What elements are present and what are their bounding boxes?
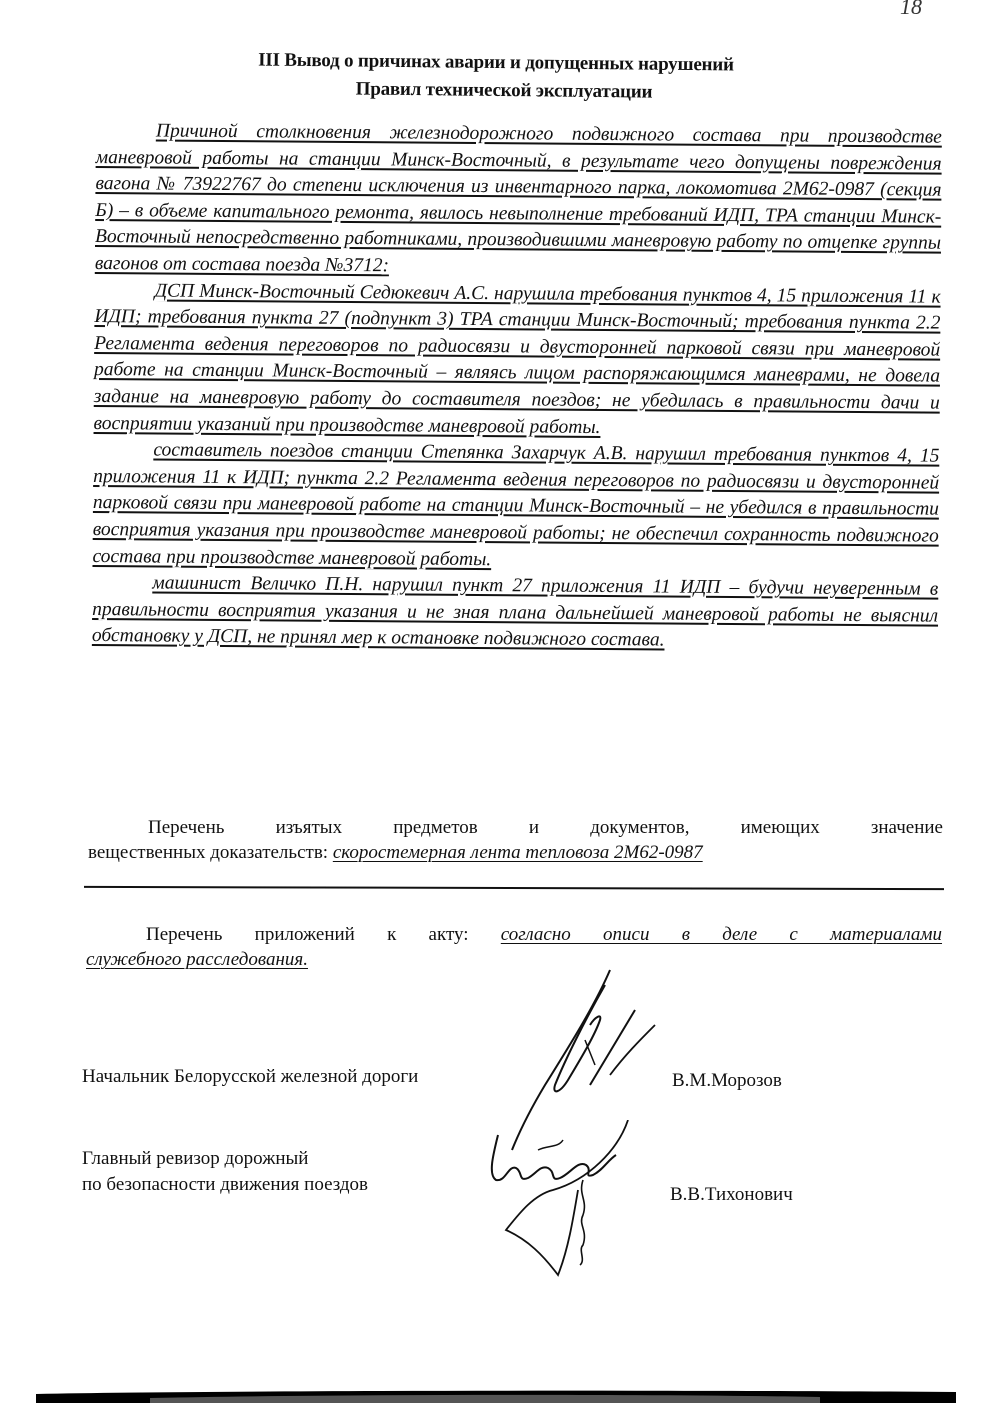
signatory-name: В.М.Морозов: [672, 1070, 782, 1092]
appendix-value-line1: согласно описи в деле с материалами: [501, 924, 942, 945]
evidence-label-line2: вещественных доказательств:: [88, 842, 328, 863]
section-title: III Вывод о причинах аварии и допущенных…: [0, 47, 992, 79]
signatory-role: Главный ревизор дорожный по безопасности…: [82, 1146, 368, 1198]
conclusion-paragraph-train-composer: составитель поездов станции Степянка Зах…: [92, 437, 939, 577]
section-subtitle: Правил технической эксплуатации: [8, 75, 992, 107]
conclusion-paragraph-driver: машинист Величко П.Н. нарушил пункт 27 п…: [92, 570, 939, 656]
appendix-value-line2: служебного расследования.: [86, 949, 308, 970]
page-number: 18: [900, 0, 922, 20]
appendix-label: Перечень приложений к акту:: [146, 924, 469, 945]
conclusion-text: машинист Величко П.Н. нарушил пункт 27 п…: [92, 573, 939, 651]
conclusion-body: Причиной столкновения железнодорожного п…: [92, 118, 942, 657]
signatory-name: В.В.Тихонович: [670, 1184, 793, 1206]
conclusion-text: Причиной столкновения железнодорожного п…: [95, 120, 942, 276]
signatory-role-line1: Главный ревизор дорожный: [82, 1146, 368, 1172]
signatory-role-line2: по безопасности движения поездов: [82, 1172, 368, 1198]
signatory-role: Начальник Белорусской железной дороги: [82, 1064, 418, 1090]
conclusion-paragraph-dsp: ДСП Минск-Восточный Седюкевич А.С. наруш…: [93, 278, 940, 444]
scan-edge-shadow: [0, 1388, 992, 1403]
conclusion-paragraph-cause: Причиной столкновения железнодорожного п…: [95, 118, 942, 284]
conclusion-text: составитель поездов станции Степянка Зах…: [92, 440, 939, 570]
conclusion-text: ДСП Минск-Восточный Седюкевич А.С. наруш…: [94, 280, 941, 437]
evidence-label-line1: Перечень изъятых предметов и документов,…: [88, 815, 943, 840]
blank-fill-line: [84, 886, 944, 890]
evidence-value: скоростемерная лента тепловоза 2М62-0987: [333, 842, 703, 863]
evidence-section: Перечень изъятых предметов и документов,…: [88, 815, 943, 865]
handwritten-signature-icon: [478, 1120, 658, 1280]
appendix-line1: Перечень приложений к акту: согласно опи…: [86, 922, 942, 947]
